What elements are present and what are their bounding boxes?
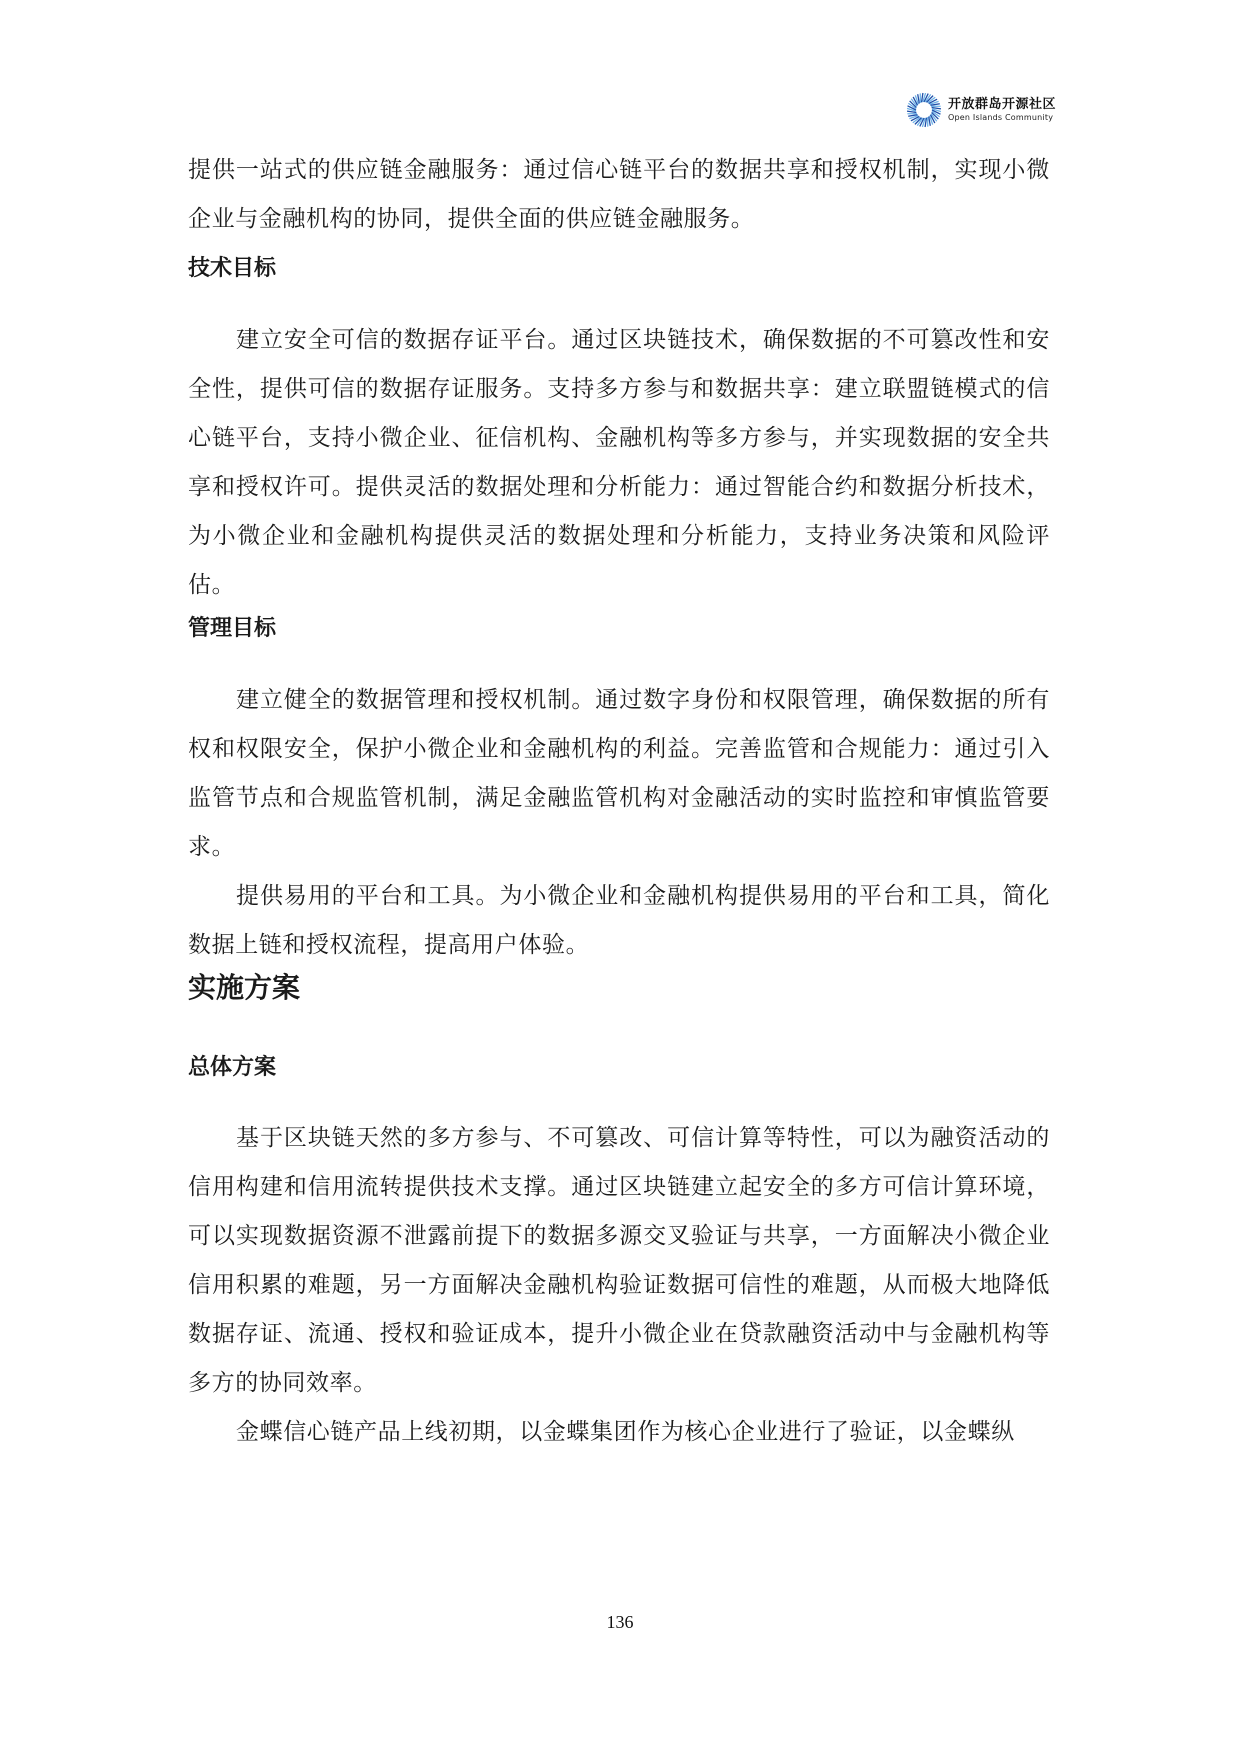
implementation-heading-block: 实施方案 [188, 970, 1050, 1006]
mgmt-goal-paragraph-1: 建立健全的数据管理和授权机制。通过数字身份和权限管理，确保数据的所有权和权限安全… [188, 676, 1050, 872]
overall-plan-paragraph-block: 基于区块链天然的多方参与、不可篡改、可信计算等特性，可以为融资活动的信用构建和信… [188, 1114, 1050, 1457]
mgmt-goal-heading: 管理目标 [188, 614, 1050, 644]
tech-goal-heading: 技术目标 [188, 254, 1050, 284]
mgmt-goal-paragraph-2: 提供易用的平台和工具。为小微企业和金融机构提供易用的平台和工具，简化数据上链和授… [188, 872, 1050, 970]
overall-plan-heading-block: 总体方案 [188, 1053, 1050, 1083]
mgmt-goal-paragraph-block: 建立健全的数据管理和授权机制。通过数字身份和权限管理，确保数据的所有权和权限安全… [188, 676, 1050, 970]
overall-plan-paragraph-1: 基于区块链天然的多方参与、不可篡改、可信计算等特性，可以为融资活动的信用构建和信… [188, 1114, 1050, 1408]
tech-goal-paragraph: 建立安全可信的数据存证平台。通过区块链技术，确保数据的不可篡改性和安全性，提供可… [188, 316, 1050, 610]
tech-goal-paragraph-block: 建立安全可信的数据存证平台。通过区块链技术，确保数据的不可篡改性和安全性，提供可… [188, 316, 1050, 610]
overall-plan-paragraph-2: 金蝶信心链产品上线初期，以金蝶集团作为核心企业进行了验证，以金蝶纵 [188, 1408, 1050, 1457]
implementation-heading: 实施方案 [188, 970, 1050, 1006]
tech-goal-heading-block: 技术目标 [188, 254, 1050, 284]
logo-text: 开放群岛开源社区 Open Islands Community [948, 98, 1056, 122]
overall-plan-heading: 总体方案 [188, 1053, 1050, 1083]
sunburst-logo-icon [906, 92, 942, 128]
intro-paragraph: 提供一站式的供应链金融服务：通过信心链平台的数据共享和授权机制，实现小微企业与金… [188, 146, 1050, 244]
mgmt-goal-heading-block: 管理目标 [188, 614, 1050, 644]
page-number: 136 [0, 1612, 1240, 1633]
community-logo: 开放群岛开源社区 Open Islands Community [906, 88, 1086, 132]
logo-title-en: Open Islands Community [948, 114, 1056, 122]
logo-title-cn: 开放群岛开源社区 [948, 98, 1056, 111]
intro-paragraph-block: 提供一站式的供应链金融服务：通过信心链平台的数据共享和授权机制，实现小微企业与金… [188, 146, 1050, 244]
